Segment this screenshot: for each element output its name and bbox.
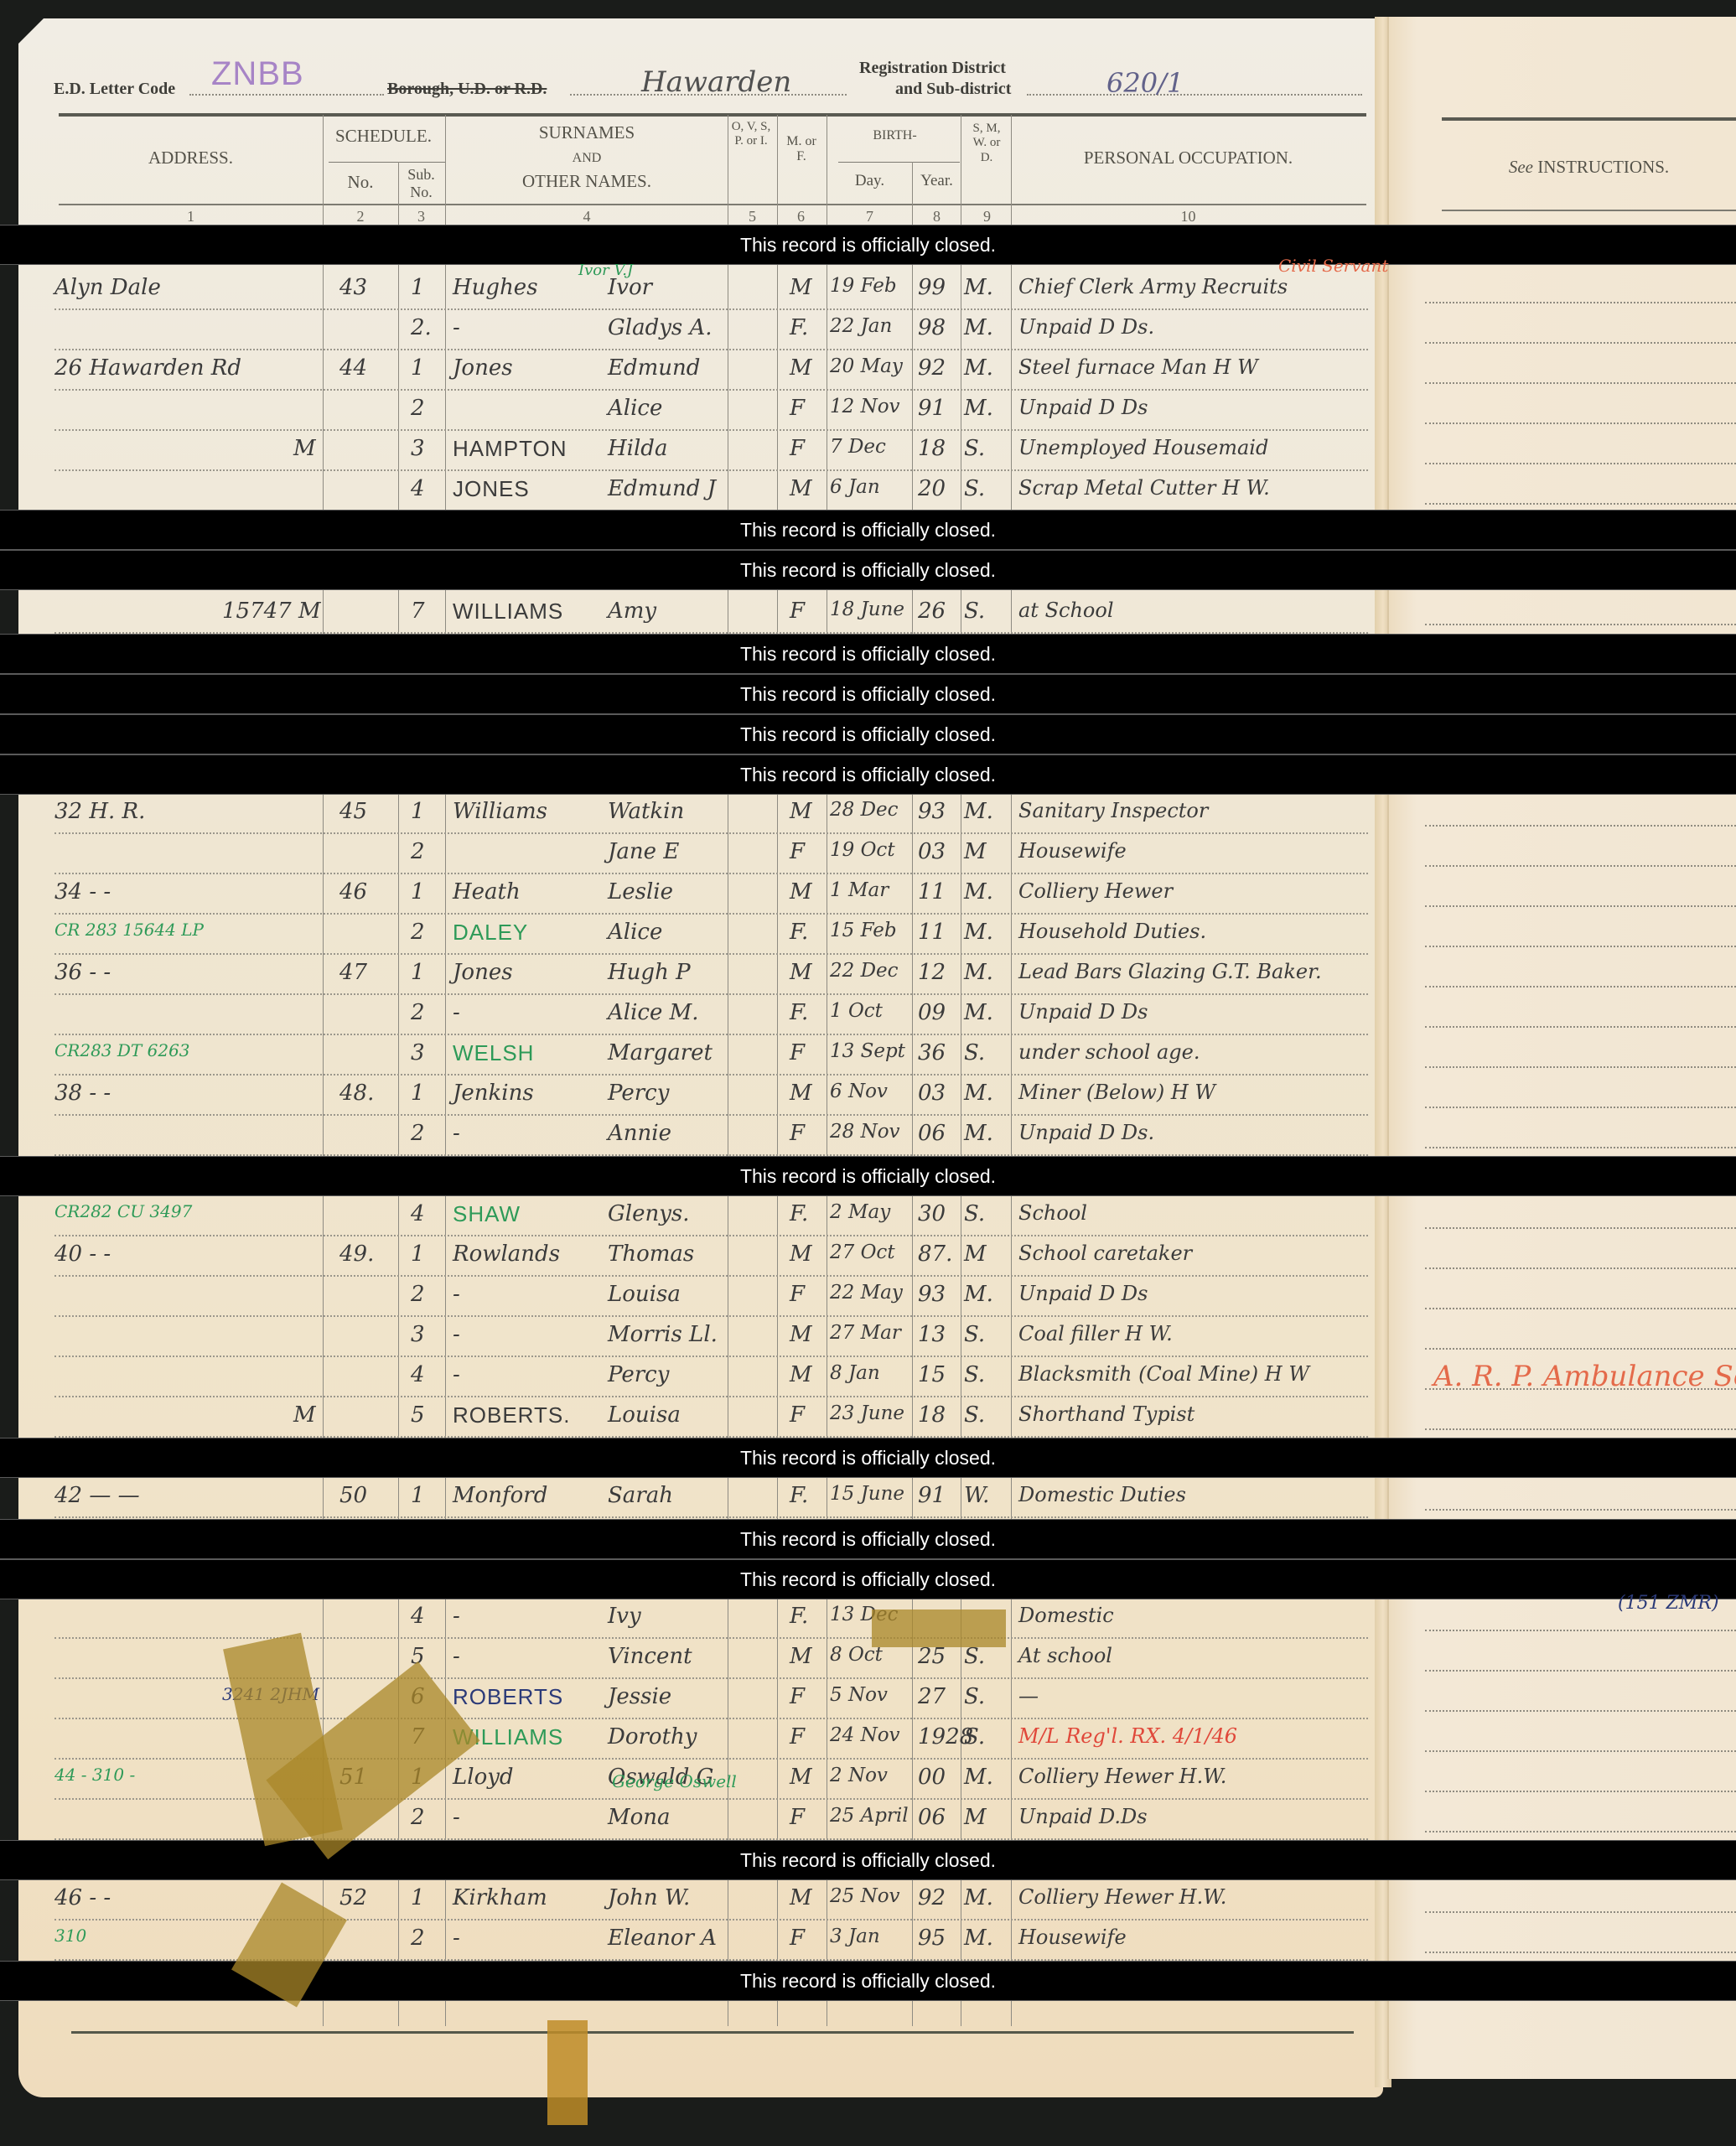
other-names-cell: Mona xyxy=(608,1805,671,1830)
col-surnames-3: OTHER NAMES. xyxy=(448,171,725,191)
marital-cell: S. xyxy=(964,1644,985,1669)
surname-cell: - xyxy=(453,1644,460,1669)
marital-cell: M. xyxy=(964,1282,993,1307)
schedule-no-cell: 46 xyxy=(339,879,367,905)
birth-year-cell: 09 xyxy=(918,1000,946,1025)
birth-day-cell: 1 Mar xyxy=(830,879,889,901)
birth-day-cell: 25 Nov xyxy=(830,1885,900,1907)
marital-cell: S. xyxy=(964,1201,985,1226)
occupation-cell: under school age. xyxy=(1018,1040,1200,1064)
marital-cell: S. xyxy=(964,1402,985,1428)
surname-cell: - xyxy=(453,1805,460,1830)
sex-cell: F xyxy=(790,1724,805,1749)
closed-record-banner: This record is officially closed. xyxy=(0,550,1736,590)
occupation-cell: — xyxy=(1018,1684,1039,1708)
annotation-george-oswell: George Oswell xyxy=(612,1771,737,1791)
birth-day-cell: 1 Oct xyxy=(830,1000,883,1022)
occupation-cell: at School xyxy=(1018,599,1114,622)
other-names-cell: Thomas xyxy=(608,1241,694,1267)
occupation-cell: Coal filler H W. xyxy=(1018,1322,1173,1345)
schedule-no-cell: 50 xyxy=(339,1483,367,1508)
birth-year-cell: 06 xyxy=(918,1121,946,1146)
ruled-line xyxy=(1425,503,1736,505)
birth-year-cell: 30 xyxy=(918,1201,946,1226)
occupation-cell: Household Duties. xyxy=(1018,920,1206,943)
occupation-cell: Lead Bars Glazing G.T. Baker. xyxy=(1018,960,1322,983)
marital-cell: S. xyxy=(964,1040,985,1065)
schedule-sub-cell: 1 xyxy=(411,879,425,905)
sex-cell: F. xyxy=(790,315,808,340)
schedule-sub-cell: 2 xyxy=(411,920,425,945)
col-schedule: SCHEDULE. xyxy=(323,126,444,146)
other-names-cell: Edmund J xyxy=(608,476,716,501)
birth-year-cell: 98 xyxy=(918,315,946,340)
ruled-line xyxy=(1425,1509,1736,1511)
occupation-cell: Unpaid D Ds xyxy=(1018,396,1148,419)
col-address: ADDRESS. xyxy=(59,148,323,168)
occupation-cell: Colliery Hewer H.W. xyxy=(1018,1765,1226,1788)
other-names-cell: Amy xyxy=(608,599,656,624)
sex-cell: M xyxy=(790,960,812,985)
birth-day-cell: 19 Oct xyxy=(830,839,895,861)
sex-cell: F xyxy=(790,1684,805,1709)
closed-record-banner: This record is officially closed. xyxy=(0,674,1736,714)
closed-record-banner: This record is officially closed. xyxy=(0,1156,1736,1196)
marital-cell: M. xyxy=(964,1081,993,1106)
sex-cell: F. xyxy=(790,1201,808,1226)
occupation-cell: Unpaid D Ds xyxy=(1018,1282,1148,1305)
schedule-sub-cell: 3 xyxy=(411,1040,425,1065)
schedule-sub-cell: 1 xyxy=(411,799,425,824)
registration-label-2: and Sub-district xyxy=(895,80,1011,99)
marital-cell: S. xyxy=(964,476,985,501)
sex-cell: F xyxy=(790,1926,805,1951)
ruled-line xyxy=(1425,1952,1736,1953)
schedule-sub-cell: 2 xyxy=(411,1282,425,1307)
ruled-line xyxy=(1425,1428,1736,1430)
birth-year-cell: 93 xyxy=(918,1282,946,1307)
other-names-cell: Eleanor A xyxy=(608,1926,717,1951)
census-row: 36 - -471JonesHugh PM22 Dec12M.Lead Bars… xyxy=(54,955,1368,995)
sex-cell: F. xyxy=(790,920,808,945)
birth-day-cell: 22 Dec xyxy=(830,960,899,982)
birth-day-cell: 15 Feb xyxy=(830,920,897,941)
surname-cell: JONES xyxy=(453,476,530,502)
closed-record-banner: This record is officially closed. xyxy=(0,1438,1736,1478)
birth-year-cell: 95 xyxy=(918,1926,946,1951)
census-row: 4-IvyF.13 DecDomestic xyxy=(54,1599,1368,1639)
birth-year-cell: 20 xyxy=(918,476,946,501)
sex-cell: M xyxy=(790,1081,812,1106)
col-num-8: 8 xyxy=(914,208,960,225)
surname-cell: ROBERTS xyxy=(453,1684,563,1710)
schedule-sub-cell: 2 xyxy=(411,1000,425,1025)
annotation-civil-servant: Civil Servant xyxy=(1278,256,1388,276)
birth-day-cell: 20 May xyxy=(830,355,903,377)
census-row: 38 - -48.1JenkinsPercyM6 Nov03M.Miner (B… xyxy=(54,1076,1368,1116)
ruled-line xyxy=(1425,1308,1736,1309)
col-num-1: 1 xyxy=(59,208,323,225)
birth-year-cell: 27 xyxy=(918,1684,946,1709)
birth-year-cell: 92 xyxy=(918,1885,946,1910)
birth-day-cell: 27 Oct xyxy=(830,1241,895,1263)
birth-day-cell: 3 Jan xyxy=(830,1926,880,1947)
marital-cell: S. xyxy=(964,436,985,461)
occupation-cell: Scrap Metal Cutter H W. xyxy=(1018,476,1270,500)
address-cell: CR283 DT 6263 xyxy=(54,1040,190,1060)
other-names-cell: Glenys. xyxy=(608,1201,690,1226)
marital-cell: M. xyxy=(964,1885,993,1910)
other-names-cell: Jane E xyxy=(608,839,679,864)
ed-letter-code-stamp: ZNBB xyxy=(211,55,304,93)
census-row: 2-LouisaF22 May93M.Unpaid D Ds xyxy=(54,1277,1368,1317)
other-names-cell: Alice xyxy=(608,920,662,945)
closed-record-banner: This record is officially closed. xyxy=(0,1840,1736,1880)
schedule-sub-cell: 1 xyxy=(411,355,425,381)
surname-cell: Rowlands xyxy=(453,1241,560,1267)
ruled-line xyxy=(1425,1227,1736,1229)
ruled-line xyxy=(1425,342,1736,344)
sex-cell: M xyxy=(790,1241,812,1267)
closed-record-banner: This record is officially closed. xyxy=(0,510,1736,550)
birth-day-cell: 19 Feb xyxy=(830,275,897,297)
other-names-cell: Alice xyxy=(608,396,662,421)
occupation-cell: Miner (Below) H W xyxy=(1018,1081,1215,1104)
address-cell: 15747 M xyxy=(222,599,321,624)
surname-cell: DALEY xyxy=(453,920,528,946)
ruled-line xyxy=(1425,422,1736,424)
annotation-ref: (151 ZMR) xyxy=(1618,1593,1719,1614)
schedule-sub-cell: 4 xyxy=(411,1604,425,1629)
other-names-cell: Gladys A. xyxy=(608,315,713,340)
sex-cell: M xyxy=(790,1765,812,1790)
other-names-cell: Hugh P xyxy=(608,960,691,985)
schedule-sub-cell: 1 xyxy=(411,275,425,300)
occupation-cell: Blacksmith (Coal Mine) H W xyxy=(1018,1362,1309,1386)
surname-cell: Kirkham xyxy=(453,1885,547,1910)
occupation-cell: At school xyxy=(1018,1644,1112,1667)
other-names-cell: Watkin xyxy=(608,799,684,824)
sex-cell: F xyxy=(790,1402,805,1428)
address-cell: 42 — — xyxy=(54,1483,140,1508)
surname-cell: Williams xyxy=(453,799,547,824)
birth-year-cell: 13 xyxy=(918,1322,946,1347)
other-names-cell: Margaret xyxy=(608,1040,713,1065)
col-surnames-1: SURNAMES xyxy=(448,122,725,143)
sex-cell: F xyxy=(790,396,805,421)
ruled-line xyxy=(1425,825,1736,827)
ruled-line xyxy=(1425,986,1736,987)
address-cell: 34 - - xyxy=(54,879,111,905)
sex-cell: M xyxy=(790,1362,812,1387)
surname-cell: Lloyd xyxy=(453,1765,514,1790)
address-cell: Alyn Dale xyxy=(54,275,161,300)
occupation-cell: Colliery Hewer H.W. xyxy=(1018,1885,1226,1909)
schedule-sub-cell: 1 xyxy=(411,1241,425,1267)
birth-day-cell: 28 Nov xyxy=(830,1121,900,1143)
occupation-cell: Sanitary Inspector xyxy=(1018,799,1208,822)
schedule-sub-cell: 1 xyxy=(411,1885,425,1910)
ruled-line xyxy=(1425,1026,1736,1028)
occupation-cell: Steel furnace Man H W xyxy=(1018,355,1258,379)
birth-day-cell: 12 Nov xyxy=(830,396,900,417)
marital-cell: M. xyxy=(964,1121,993,1146)
col-marital: S, M, W. or D. xyxy=(966,122,1008,165)
census-row: 42 — —501MonfordSarahF.15 June91W.Domest… xyxy=(54,1478,1368,1518)
other-names-cell: Annie xyxy=(608,1121,671,1146)
sex-cell: F. xyxy=(790,1604,808,1629)
sex-cell: F xyxy=(790,436,805,461)
marital-cell: M. xyxy=(964,355,993,381)
col-num-6: 6 xyxy=(778,208,824,225)
col-occupation: PERSONAL OCCUPATION. xyxy=(1014,148,1362,168)
marital-cell: M. xyxy=(964,1926,993,1951)
sex-cell: F xyxy=(790,1040,805,1065)
tape-strip xyxy=(547,2020,588,2125)
sex-cell: F xyxy=(790,839,805,864)
other-names-cell: Sarah xyxy=(608,1483,673,1508)
birth-year-cell: 12 xyxy=(918,960,946,985)
census-row: CR283 DT 62633WELSHMargaretF13 Sept36S.u… xyxy=(54,1035,1368,1076)
birth-day-cell: 15 June xyxy=(830,1483,904,1505)
schedule-no-cell: 48. xyxy=(339,1081,374,1106)
address-cell: M xyxy=(293,436,316,461)
col-num-2: 2 xyxy=(323,208,398,225)
surname-cell: - xyxy=(453,1362,460,1387)
birth-year-cell: 91 xyxy=(918,396,946,421)
census-row: 15747 M7WILLIAMSAmyF18 June26S.at School xyxy=(54,594,1368,634)
ruled-line xyxy=(1425,1348,1736,1350)
ruled-line xyxy=(1425,463,1736,464)
marital-cell: M xyxy=(964,839,987,864)
marital-cell: S. xyxy=(964,599,985,624)
surname-cell: - xyxy=(453,1322,460,1347)
closed-record-banner: This record is officially closed. xyxy=(0,1559,1736,1599)
other-names-cell: Louisa xyxy=(608,1282,681,1307)
marital-cell: M. xyxy=(964,1765,993,1790)
schedule-no-cell: 45 xyxy=(339,799,367,824)
other-names-cell: John W. xyxy=(608,1885,690,1910)
address-cell: CR282 CU 3497 xyxy=(54,1201,192,1221)
occupation-cell: Unpaid D.Ds xyxy=(1018,1805,1148,1828)
surname-cell: Jenkins xyxy=(453,1081,534,1106)
surname-cell: WILLIAMS xyxy=(453,599,563,625)
birth-year-cell: 03 xyxy=(918,1081,946,1106)
schedule-no-cell: 52 xyxy=(339,1885,367,1910)
ruled-line xyxy=(1425,946,1736,947)
sex-cell: F xyxy=(790,1805,805,1830)
closed-record-banner: This record is officially closed. xyxy=(0,225,1736,265)
other-names-cell: Edmund xyxy=(608,355,700,381)
sex-cell: M xyxy=(790,1885,812,1910)
col-ovspi: O, V, S, P. or I. xyxy=(731,120,771,149)
schedule-sub-cell: 2 xyxy=(411,396,425,421)
schedule-sub-cell: 2 xyxy=(411,1926,425,1951)
sex-cell: M xyxy=(790,1644,812,1669)
birth-day-cell: 2 Nov xyxy=(830,1765,888,1786)
birth-year-cell: 99 xyxy=(918,275,946,300)
sex-cell: M xyxy=(790,879,812,905)
census-row: 2AliceF12 Nov91M.Unpaid D Ds xyxy=(54,391,1368,431)
surname-cell: ROBERTS. xyxy=(453,1402,570,1428)
schedule-sub-cell: 4 xyxy=(411,1201,425,1226)
birth-day-cell: 22 May xyxy=(830,1282,903,1304)
occupation-cell: Chief Clerk Army Recruits xyxy=(1018,275,1288,298)
surname-cell: - xyxy=(453,1926,460,1951)
col-birth-year: Year. xyxy=(914,172,960,190)
schedule-sub-cell: 1 xyxy=(411,1483,425,1508)
annotation-arp-ambulance: A. R. P. Ambulance Service xyxy=(1433,1360,1736,1393)
closed-record-banner: This record is officially closed. xyxy=(0,754,1736,795)
schedule-sub-cell: 3 xyxy=(411,436,425,461)
occupation-cell: Housewife xyxy=(1018,839,1127,863)
other-names-cell: Leslie xyxy=(608,879,673,905)
address-cell: 26 Hawarden Rd xyxy=(54,355,241,381)
occupation-cell: School xyxy=(1018,1201,1087,1225)
other-names-cell: Dorothy xyxy=(608,1724,697,1749)
surname-cell: Monford xyxy=(453,1483,547,1508)
census-row: 2-Alice M.F.1 Oct09M.Unpaid D Ds xyxy=(54,995,1368,1035)
ruled-line xyxy=(1425,1750,1736,1752)
schedule-sub-cell: 1 xyxy=(411,960,425,985)
marital-cell: S. xyxy=(964,1362,985,1387)
birth-year-cell: 03 xyxy=(918,839,946,864)
borough-value: Hawarden xyxy=(641,65,791,99)
address-cell: CR 283 15644 LP xyxy=(54,920,204,940)
registration-value: 620/1 xyxy=(1106,67,1184,99)
occupation-cell: Domestic xyxy=(1018,1604,1114,1627)
census-row: 2.-Gladys A.F.22 Jan98M.Unpaid D Ds. xyxy=(54,310,1368,350)
schedule-sub-cell: 7 xyxy=(411,599,425,624)
ruled-line xyxy=(1425,302,1736,303)
birth-year-cell: 11 xyxy=(918,920,946,945)
marital-cell: M. xyxy=(964,799,993,824)
birth-day-cell: 28 Dec xyxy=(830,799,899,821)
occupation-cell: Domestic Duties xyxy=(1018,1483,1186,1506)
other-names-cell: Morris Ll. xyxy=(608,1322,718,1347)
other-names-cell: Jessie xyxy=(608,1684,671,1709)
surname-cell: Jones xyxy=(453,960,513,985)
ruled-line xyxy=(1425,1630,1736,1631)
schedule-no-cell: 47 xyxy=(339,960,367,985)
birth-day-cell: 5 Nov xyxy=(830,1684,888,1706)
surname-cell: HAMPTON xyxy=(453,436,567,462)
surname-cell: - xyxy=(453,1604,460,1629)
other-names-cell: Alice M. xyxy=(608,1000,699,1025)
census-row: CR 283 15644 LP2DALEYAliceF.15 Feb11M.Ho… xyxy=(54,915,1368,955)
census-row: 4-PercyM8 Jan15S.Blacksmith (Coal Mine) … xyxy=(54,1357,1368,1397)
birth-year-cell: 26 xyxy=(918,599,946,624)
census-row: CR282 CU 34974SHAWGlenys.F.2 May30S.Scho… xyxy=(54,1196,1368,1236)
birth-year-cell: 15 xyxy=(918,1362,946,1387)
marital-cell: M xyxy=(964,1805,987,1830)
marital-cell: M xyxy=(964,1241,987,1267)
col-num-4: 4 xyxy=(448,208,725,225)
col-num-9: 9 xyxy=(964,208,1010,225)
ruled-line xyxy=(1425,865,1736,867)
schedule-sub-cell: 2 xyxy=(411,839,425,864)
census-page-right xyxy=(1387,17,1736,2079)
occupation-cell: Unpaid D Ds xyxy=(1018,1000,1148,1024)
census-row: M5ROBERTS.LouisaF23 June18S.Shorthand Ty… xyxy=(54,1397,1368,1438)
marital-cell: S. xyxy=(964,1322,985,1347)
sex-cell: F xyxy=(790,1282,805,1307)
marital-cell: M. xyxy=(964,315,993,340)
birth-day-cell: 24 Nov xyxy=(830,1724,900,1746)
address-cell: 36 - - xyxy=(54,960,111,985)
sex-cell: M xyxy=(790,799,812,824)
ruled-line xyxy=(1425,905,1736,907)
ruled-line xyxy=(1425,1147,1736,1148)
surname-cell: WELSH xyxy=(453,1040,534,1066)
ruled-line xyxy=(1425,1911,1736,1913)
birth-day-cell: 25 April xyxy=(830,1805,909,1827)
census-row: Alyn Dale431HughesIvorM19 Feb99M.Chief C… xyxy=(54,270,1368,310)
census-row: 32 H. R.451WilliamsWatkinM28 Dec93M.Sani… xyxy=(54,794,1368,834)
birth-day-cell: 6 Nov xyxy=(830,1081,888,1102)
registration-label-1: Registration District xyxy=(859,59,1006,78)
schedule-no-cell: 49. xyxy=(339,1241,374,1267)
occupation-cell: Unpaid D Ds. xyxy=(1018,1121,1154,1144)
ruled-line xyxy=(1425,382,1736,384)
col-instructions: See INSTRUCTIONS. xyxy=(1442,157,1736,177)
col-num-5: 5 xyxy=(729,208,775,225)
surname-cell: Heath xyxy=(453,879,521,905)
ruled-line xyxy=(1425,1710,1736,1712)
sex-cell: M xyxy=(790,275,812,300)
marital-cell: S. xyxy=(964,1684,985,1709)
ruled-line xyxy=(1425,624,1736,625)
census-row: 2-MonaF25 April06MUnpaid D.Ds xyxy=(54,1800,1368,1840)
birth-day-cell: 7 Dec xyxy=(830,436,886,458)
birth-day-cell: 18 June xyxy=(830,599,904,620)
other-names-cell: Percy xyxy=(608,1081,669,1106)
schedule-sub-cell: 4 xyxy=(411,476,425,501)
sex-cell: F xyxy=(790,599,805,624)
address-cell: 38 - - xyxy=(54,1081,111,1106)
tape-strip xyxy=(872,1609,1006,1647)
birth-day-cell: 23 June xyxy=(830,1402,904,1424)
sex-cell: F. xyxy=(790,1483,808,1508)
marital-cell: M. xyxy=(964,1000,993,1025)
birth-year-cell: 25 xyxy=(918,1644,946,1669)
census-row: 2Jane EF19 Oct03MHousewife xyxy=(54,834,1368,874)
col-num-3: 3 xyxy=(398,208,444,225)
schedule-sub-cell: 1 xyxy=(411,1081,425,1106)
surname-cell: - xyxy=(453,1000,460,1025)
census-row: 26 Hawarden Rd441JonesEdmundM20 May92M.S… xyxy=(54,350,1368,391)
birth-year-cell: 87. xyxy=(918,1241,952,1267)
sex-cell: M xyxy=(790,476,812,501)
address-cell: 46 - - xyxy=(54,1885,111,1910)
census-row: 46 - -521KirkhamJohn W.M25 Nov92M.Collie… xyxy=(54,1880,1368,1921)
schedule-sub-cell: 5 xyxy=(411,1402,425,1428)
other-names-cell: Percy xyxy=(608,1362,669,1387)
schedule-sub-cell: 4 xyxy=(411,1362,425,1387)
birth-day-cell: 27 Mar xyxy=(830,1322,901,1344)
other-names-cell: Hilda xyxy=(608,436,667,461)
birth-year-cell: 18 xyxy=(918,1402,946,1428)
closed-record-banner: This record is officially closed. xyxy=(0,714,1736,754)
census-row: M3HAMPTONHildaF7 Dec18S.Unemployed House… xyxy=(54,431,1368,471)
col-schedule-no: No. xyxy=(323,172,398,192)
birth-year-cell: 92 xyxy=(918,355,946,381)
surname-cell: - xyxy=(453,1282,460,1307)
occupation-cell: School caretaker xyxy=(1018,1241,1192,1265)
other-names-cell: Ivy xyxy=(608,1604,641,1629)
marital-cell: M. xyxy=(964,960,993,985)
col-birth-day: Day. xyxy=(830,172,909,190)
